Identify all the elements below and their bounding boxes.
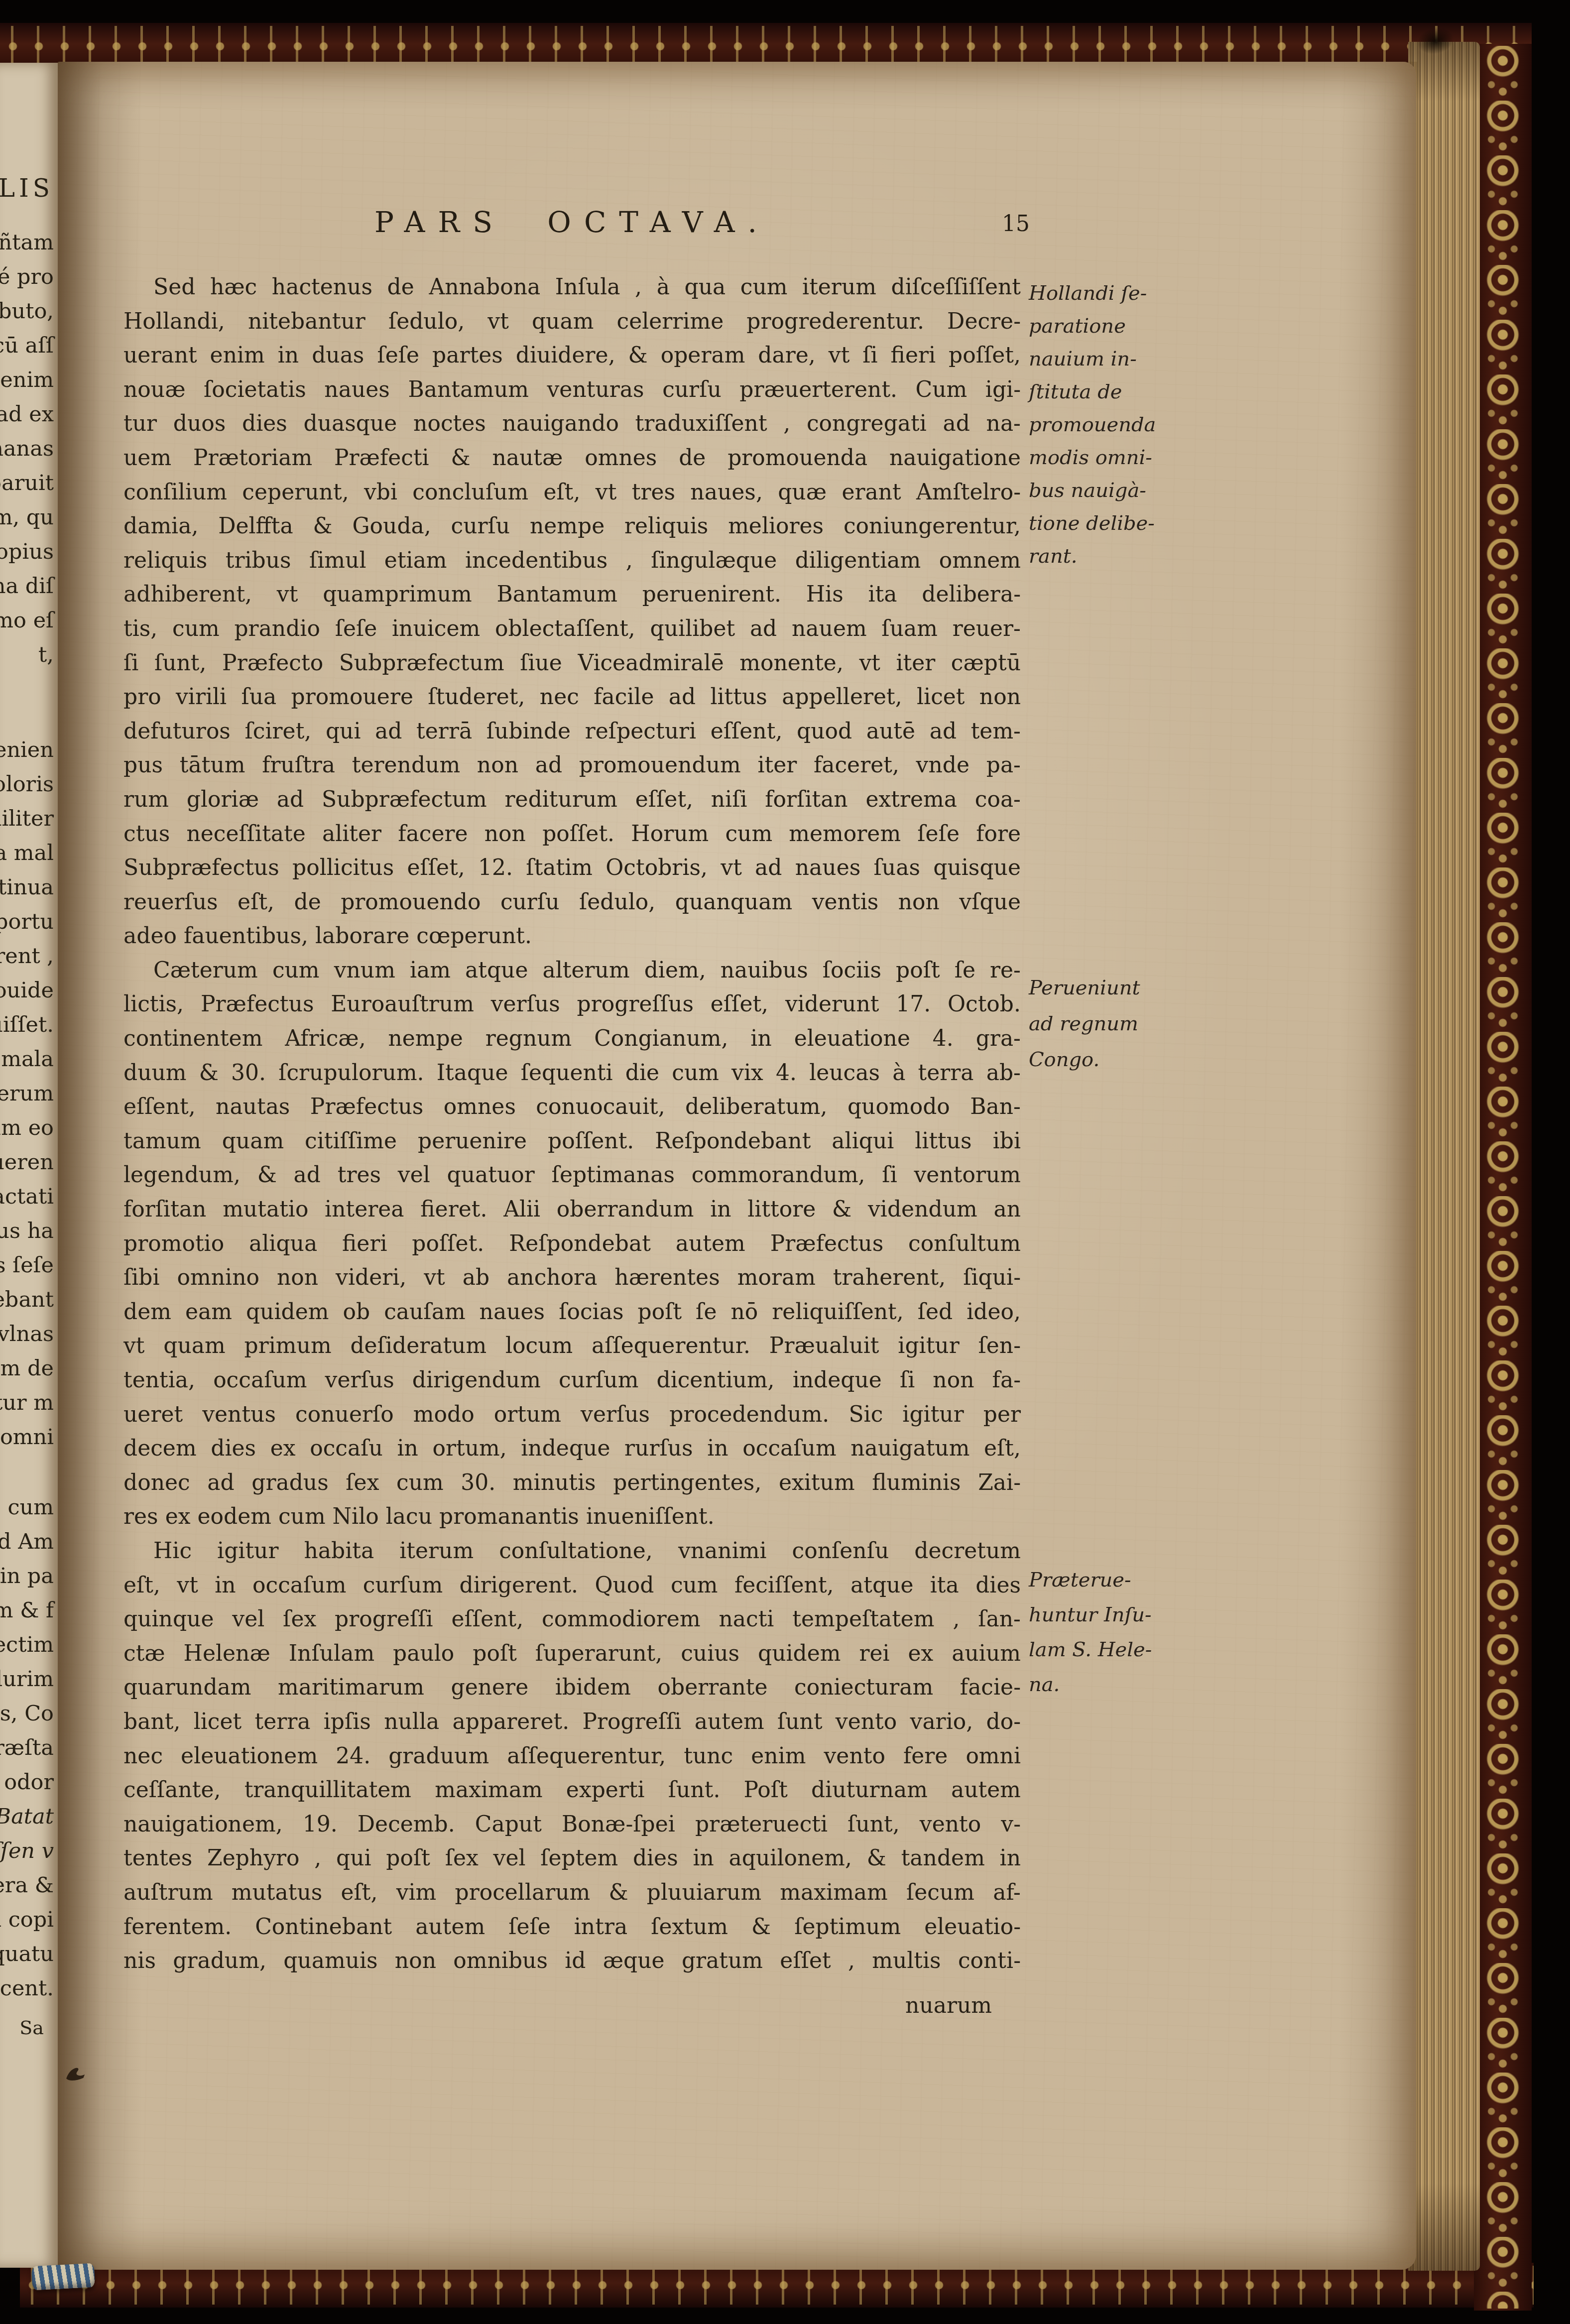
body-line: damia, Delffta & Gouda, curſu nempe reli…: [123, 509, 1021, 544]
body-line: conſilium ceperunt, vbi concluſum eſt, v…: [123, 476, 1021, 510]
margin-note-line: tione delibe-: [1029, 507, 1223, 540]
facing-line: e ipſis mala: [0, 1042, 54, 1077]
facing-line: uo die cum: [0, 1490, 54, 1525]
body-text: Sed hæc hactenus de Annabona Inſula , à …: [123, 270, 1021, 1978]
margin-note-line: Congo.: [1029, 1042, 1223, 1078]
facing-line: ant, propius: [0, 535, 54, 569]
endband: [31, 2263, 95, 2291]
body-line: nec eleuationem 24. graduum aſſequerentu…: [123, 1739, 1021, 1774]
facing-line: Sita eſt in pa: [0, 1559, 54, 1593]
facing-line: pararent ,: [0, 939, 54, 974]
book-photo: ALISs ſero Bañtam& Ternaté proū à Scorbu…: [0, 0, 1570, 2324]
body-line: quarundam maritimarum genere ibidem ober…: [123, 1671, 1021, 1705]
body-line: tur duos dies duasque noctes nauigando t…: [123, 407, 1021, 441]
catchword-text: nuarum: [905, 1993, 992, 2018]
body-line: adhiberent, vt quamprimum Bantamum perue…: [123, 578, 1021, 612]
facing-line: Dei prouide: [0, 974, 54, 1008]
body-line: tentia, occaſum verſus dirigendum curſum…: [123, 1363, 1021, 1398]
margin-note-line: modis omni-: [1029, 441, 1223, 474]
margin-note-line: Præterue-: [1029, 1563, 1223, 1597]
margin-note-2: Perueniuntad regnumCongo.: [1029, 970, 1223, 1078]
facing-line: ique coloris: [0, 767, 54, 802]
facing-line: Sa: [0, 2011, 54, 2045]
facing-line: nes exercent.: [0, 1971, 54, 2006]
facing-line: auiſſimi odor: [0, 1765, 54, 1800]
facing-line: nam ſecū aſſ: [0, 329, 54, 363]
facing-line: magna copi: [0, 1903, 54, 1937]
body-line: lictis, Præfectus Euroauſtrum verſus pro…: [123, 987, 1021, 1022]
body-line: pro virili ſua promouere ſtuderet, nec f…: [123, 680, 1021, 715]
facing-header-fragment: ALIS: [0, 171, 54, 206]
facing-line: abefactati: [0, 1180, 54, 1214]
fore-edge-shadow: [1339, 62, 1417, 2270]
facing-line: r melius ha: [0, 1214, 54, 1248]
body-line: duum & 30. ſcrupulorum. Itaque ſequenti …: [123, 1056, 1021, 1091]
body-line: eſſent, nautas Præfectus omnes conuocaui…: [123, 1090, 1021, 1124]
facing-line: culo venien: [0, 733, 54, 767]
facing-line: aurea præſta: [0, 1731, 54, 1765]
facing-line: m ſeptimanas: [0, 432, 54, 466]
body-line: ſi ſunt, Præfecto Subpræfectum ſiue Vice…: [123, 646, 1021, 681]
facing-line: bio fuiſſet.: [0, 1008, 54, 1042]
body-line: Sed hæc hactenus de Annabona Inſula , à …: [123, 270, 1021, 305]
margin-note-line: huntur Inſu-: [1029, 1597, 1223, 1632]
body-line: reuerſus eſt, de promouendo curſu ſedulo…: [123, 885, 1021, 920]
facing-page-text: ALISs ſero Bañtam& Ternaté proū à Scorbu…: [0, 171, 54, 2045]
margin-note-line: lam S. Hele-: [1029, 1632, 1223, 1667]
body-line: dem eam quidem ob cauſam naues ſocias po…: [123, 1295, 1021, 1330]
body-line: eſt, vt in occaſum curſum dirigerent. Qu…: [123, 1569, 1021, 1603]
facing-line: lentiam de: [0, 1351, 54, 1386]
margin-note-line: Perueniunt: [1029, 970, 1223, 1006]
margin-note-line: bus nauigà-: [1029, 474, 1223, 507]
facing-line: ndicæ, Batat: [0, 1800, 54, 1834]
facing-line: ū à Scorbuto,: [0, 294, 54, 329]
body-line: ueret ventus conuerſo modo ortum verſus …: [123, 1398, 1021, 1432]
body-line: uem Prætoriam Præfecti & nautæ omnes de …: [123, 441, 1021, 476]
margin-note-line: paratione: [1029, 310, 1223, 343]
facing-line: ti loqueren: [0, 1145, 54, 1180]
facing-line: Verum enim: [0, 363, 54, 397]
body-line: bant, licet terra ipſis nulla appareret.…: [123, 1705, 1021, 1739]
margin-note-line: ad regnum: [1029, 1006, 1223, 1042]
facing-line: n continua: [0, 870, 54, 905]
body-line: pus tātum fruſtra terendum non ad promou…: [123, 748, 1021, 783]
facing-line: erentur m: [0, 1386, 54, 1420]
body-line: defuturos ſciret, qui ad terrā ſubinde r…: [123, 715, 1021, 749]
facing-line: . Thoma diſ: [0, 569, 54, 604]
facing-line: m genera &: [0, 1868, 54, 1903]
body-line: auſtrum mutatus eſt, vim procellarum & p…: [123, 1876, 1021, 1910]
margin-note-line: na.: [1029, 1667, 1223, 1702]
body-line: nis gradum, quamuis non omnibus id æque …: [123, 1944, 1021, 1978]
body-line: ferentem. Continebant autem ſeſe intra ſ…: [123, 1910, 1021, 1945]
facing-line: utem quatu: [0, 1937, 54, 1971]
body-line: Subpræfectus pollicitus eſſet, 12. ſtati…: [123, 851, 1021, 885]
page-edges: [1408, 42, 1480, 2271]
margin-note-line: Hollandi ſe-: [1029, 277, 1223, 310]
facing-line: anni vlnas: [0, 1317, 54, 1351]
body-line: nouæ ſocietatis naues Bantamum venturas …: [123, 373, 1021, 407]
body-line: promotio aliqua fieri poſſet. Reſpondeba…: [123, 1227, 1021, 1261]
facing-line: t, quod Am: [0, 1525, 54, 1559]
page-number: 15: [976, 211, 1056, 237]
body-line: tis, cum prandio ſeſe inuicem oblectaſſe…: [123, 612, 1021, 646]
body-line: legendum, & ad tres vel quatuor ſeptiman…: [123, 1158, 1021, 1193]
facing-line: s ſero Bañtam: [0, 226, 54, 260]
facing-line: as ſimiliter: [0, 802, 54, 836]
facing-line: tur, vbi ad ex: [0, 397, 54, 432]
ink-mark: [63, 2063, 89, 2087]
margin-note-line: nauium in-: [1029, 343, 1223, 375]
facing-line: s complectim: [0, 1628, 54, 1662]
facing-line: & Ternaté pro: [0, 260, 54, 294]
body-line: ſibi omnino non videri, vt ab anchora hæ…: [123, 1261, 1021, 1295]
facing-line: lurimas, Co: [0, 1697, 54, 1731]
body-line: ceſſante, tranquillitatem maximam expert…: [123, 1773, 1021, 1808]
body-line: rum gloriæ ad Subpræfectum rediturum eſſ…: [123, 783, 1021, 817]
body-line: uerant enim in duas ſeſe partes diuidere…: [123, 339, 1021, 373]
body-line: ctæ Helenæ Inſulam paulo poſt ſuperarunt…: [123, 1637, 1021, 1671]
margin-note-1: Hollandi ſe-parationenauium in-ſtituta d…: [1029, 277, 1223, 573]
facing-line: rnata plurim: [0, 1662, 54, 1697]
body-line: decem dies ex occaſu in ortum, indeque r…: [123, 1432, 1021, 1466]
facing-page-strip: ALISs ſero Bañtam& Ternaté proū à Scorbu…: [0, 63, 60, 2268]
facing-line: debebant: [0, 1283, 54, 1317]
body-line: ctus neceſſitate aliter facere non poſſe…: [123, 817, 1021, 852]
facing-line: a quędam, qu: [0, 500, 54, 535]
facing-line: Ananaſſen v: [0, 1834, 54, 1868]
facing-line: lies in portu: [0, 905, 54, 939]
body-line: tentes Zephyro , qui poſt ſex vel ſeptem…: [123, 1841, 1021, 1876]
body-line: Hollandi, nitebantur ſedulo, vt quam cel…: [123, 305, 1021, 339]
body-line: adeo fauentibus, laborare cœperunt.: [123, 919, 1021, 954]
facing-line: modum & f: [0, 1593, 54, 1628]
body-line: continentem Africæ, nempe regnum Congian…: [123, 1022, 1021, 1056]
right-binding-border: [1474, 44, 1532, 2311]
facing-line: t , apparuit: [0, 466, 54, 500]
margin-note-line: promouenda: [1029, 408, 1223, 441]
body-line: nauigationem, 19. Decemb. Caput Bonæ-ſpe…: [123, 1808, 1021, 1842]
facing-line: ſe & omni: [0, 1420, 54, 1455]
running-head: PARS OCTAVA.: [123, 205, 1021, 239]
body-line: tamum quam citiſſime peruenire poſſent. …: [123, 1124, 1021, 1159]
body-line: vt quam primum deſideratum locum aſſeque…: [123, 1329, 1021, 1363]
facing-line: ot aurea mal: [0, 836, 54, 870]
body-line: forſitan mutatio interea fieret. Alii ob…: [123, 1193, 1021, 1227]
body-line: quinque vel ſex progreſſi eſſent, commod…: [123, 1602, 1021, 1637]
margin-note-3: Præterue-huntur Inſu-lam S. Hele-na.: [1029, 1563, 1223, 1702]
facing-line: ore iterum: [0, 1077, 54, 1111]
facing-line: t,: [0, 638, 54, 672]
facing-line: gratos ſeſe: [0, 1248, 54, 1283]
body-line: Cæterum cum vnum iam atque alterum diem,…: [123, 954, 1021, 988]
margin-note-line: rant.: [1029, 540, 1223, 573]
facing-line: utis nemo eſ: [0, 604, 54, 638]
margin-note-line: ſtituta de: [1029, 375, 1223, 408]
body-line: res ex eodem cum Nilo lacu promanantis i…: [123, 1500, 1021, 1534]
catchword: nuarum: [123, 1993, 1021, 2018]
body-line: reliquis tribus ſimul etiam incedentibus…: [123, 544, 1021, 578]
facing-line: nfectum eo: [0, 1111, 54, 1145]
body-line: Hic igitur habita iterum conſultatione, …: [123, 1534, 1021, 1569]
body-line: donec ad gradus ſex cum 30. minutis pert…: [123, 1466, 1021, 1500]
